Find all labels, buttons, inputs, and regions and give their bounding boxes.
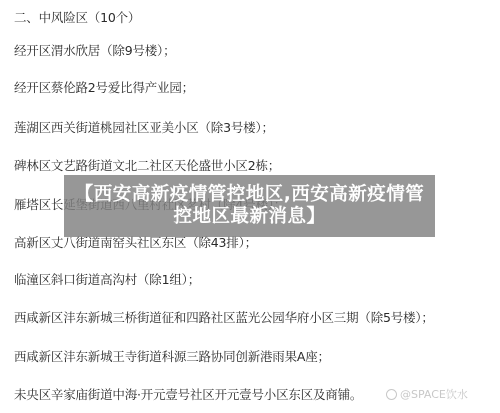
list-item: 高新区丈八街道南窑头社区东区（除43排）； bbox=[14, 235, 257, 251]
overlay-title: 【西安高新疫情管控地区,西安高新疫情管控地区最新消息】 bbox=[70, 184, 430, 228]
list-item: 碑林区文艺路街道文北二社区天伦盛世小区2栋； bbox=[14, 158, 280, 174]
list-item: 经开区蔡伦路2号爱比得产业园； bbox=[14, 80, 194, 96]
list-item: 西咸新区沣东新城王寺街道科源三路协同创新港雨果A座； bbox=[14, 349, 330, 365]
watermark-text: @SPACE饮水 bbox=[400, 386, 468, 402]
list-item: 经开区渭水欣居（除9号楼）； bbox=[14, 43, 175, 59]
list-item: 临潼区斜口街道高沟村（除1组）； bbox=[14, 272, 200, 288]
watermark: @SPACE饮水 bbox=[386, 386, 468, 402]
list-item: 西咸新区沣东新城三桥街道征和四路社区蓝光公园华府小区三期（除5号楼）； bbox=[14, 310, 434, 326]
title-overlay-banner: 【西安高新疫情管控地区,西安高新疫情管控地区最新消息】 bbox=[64, 175, 435, 237]
user-circle-icon bbox=[386, 389, 397, 400]
list-item: 莲湖区西关街道桃园社区亚美小区（除3号楼）； bbox=[14, 120, 274, 136]
section-heading: 二、中风险区（10个） bbox=[14, 10, 140, 26]
list-item: 未央区辛家庙街道中海·开元壹号社区开元壹号小区东区及商铺。 bbox=[14, 387, 362, 403]
